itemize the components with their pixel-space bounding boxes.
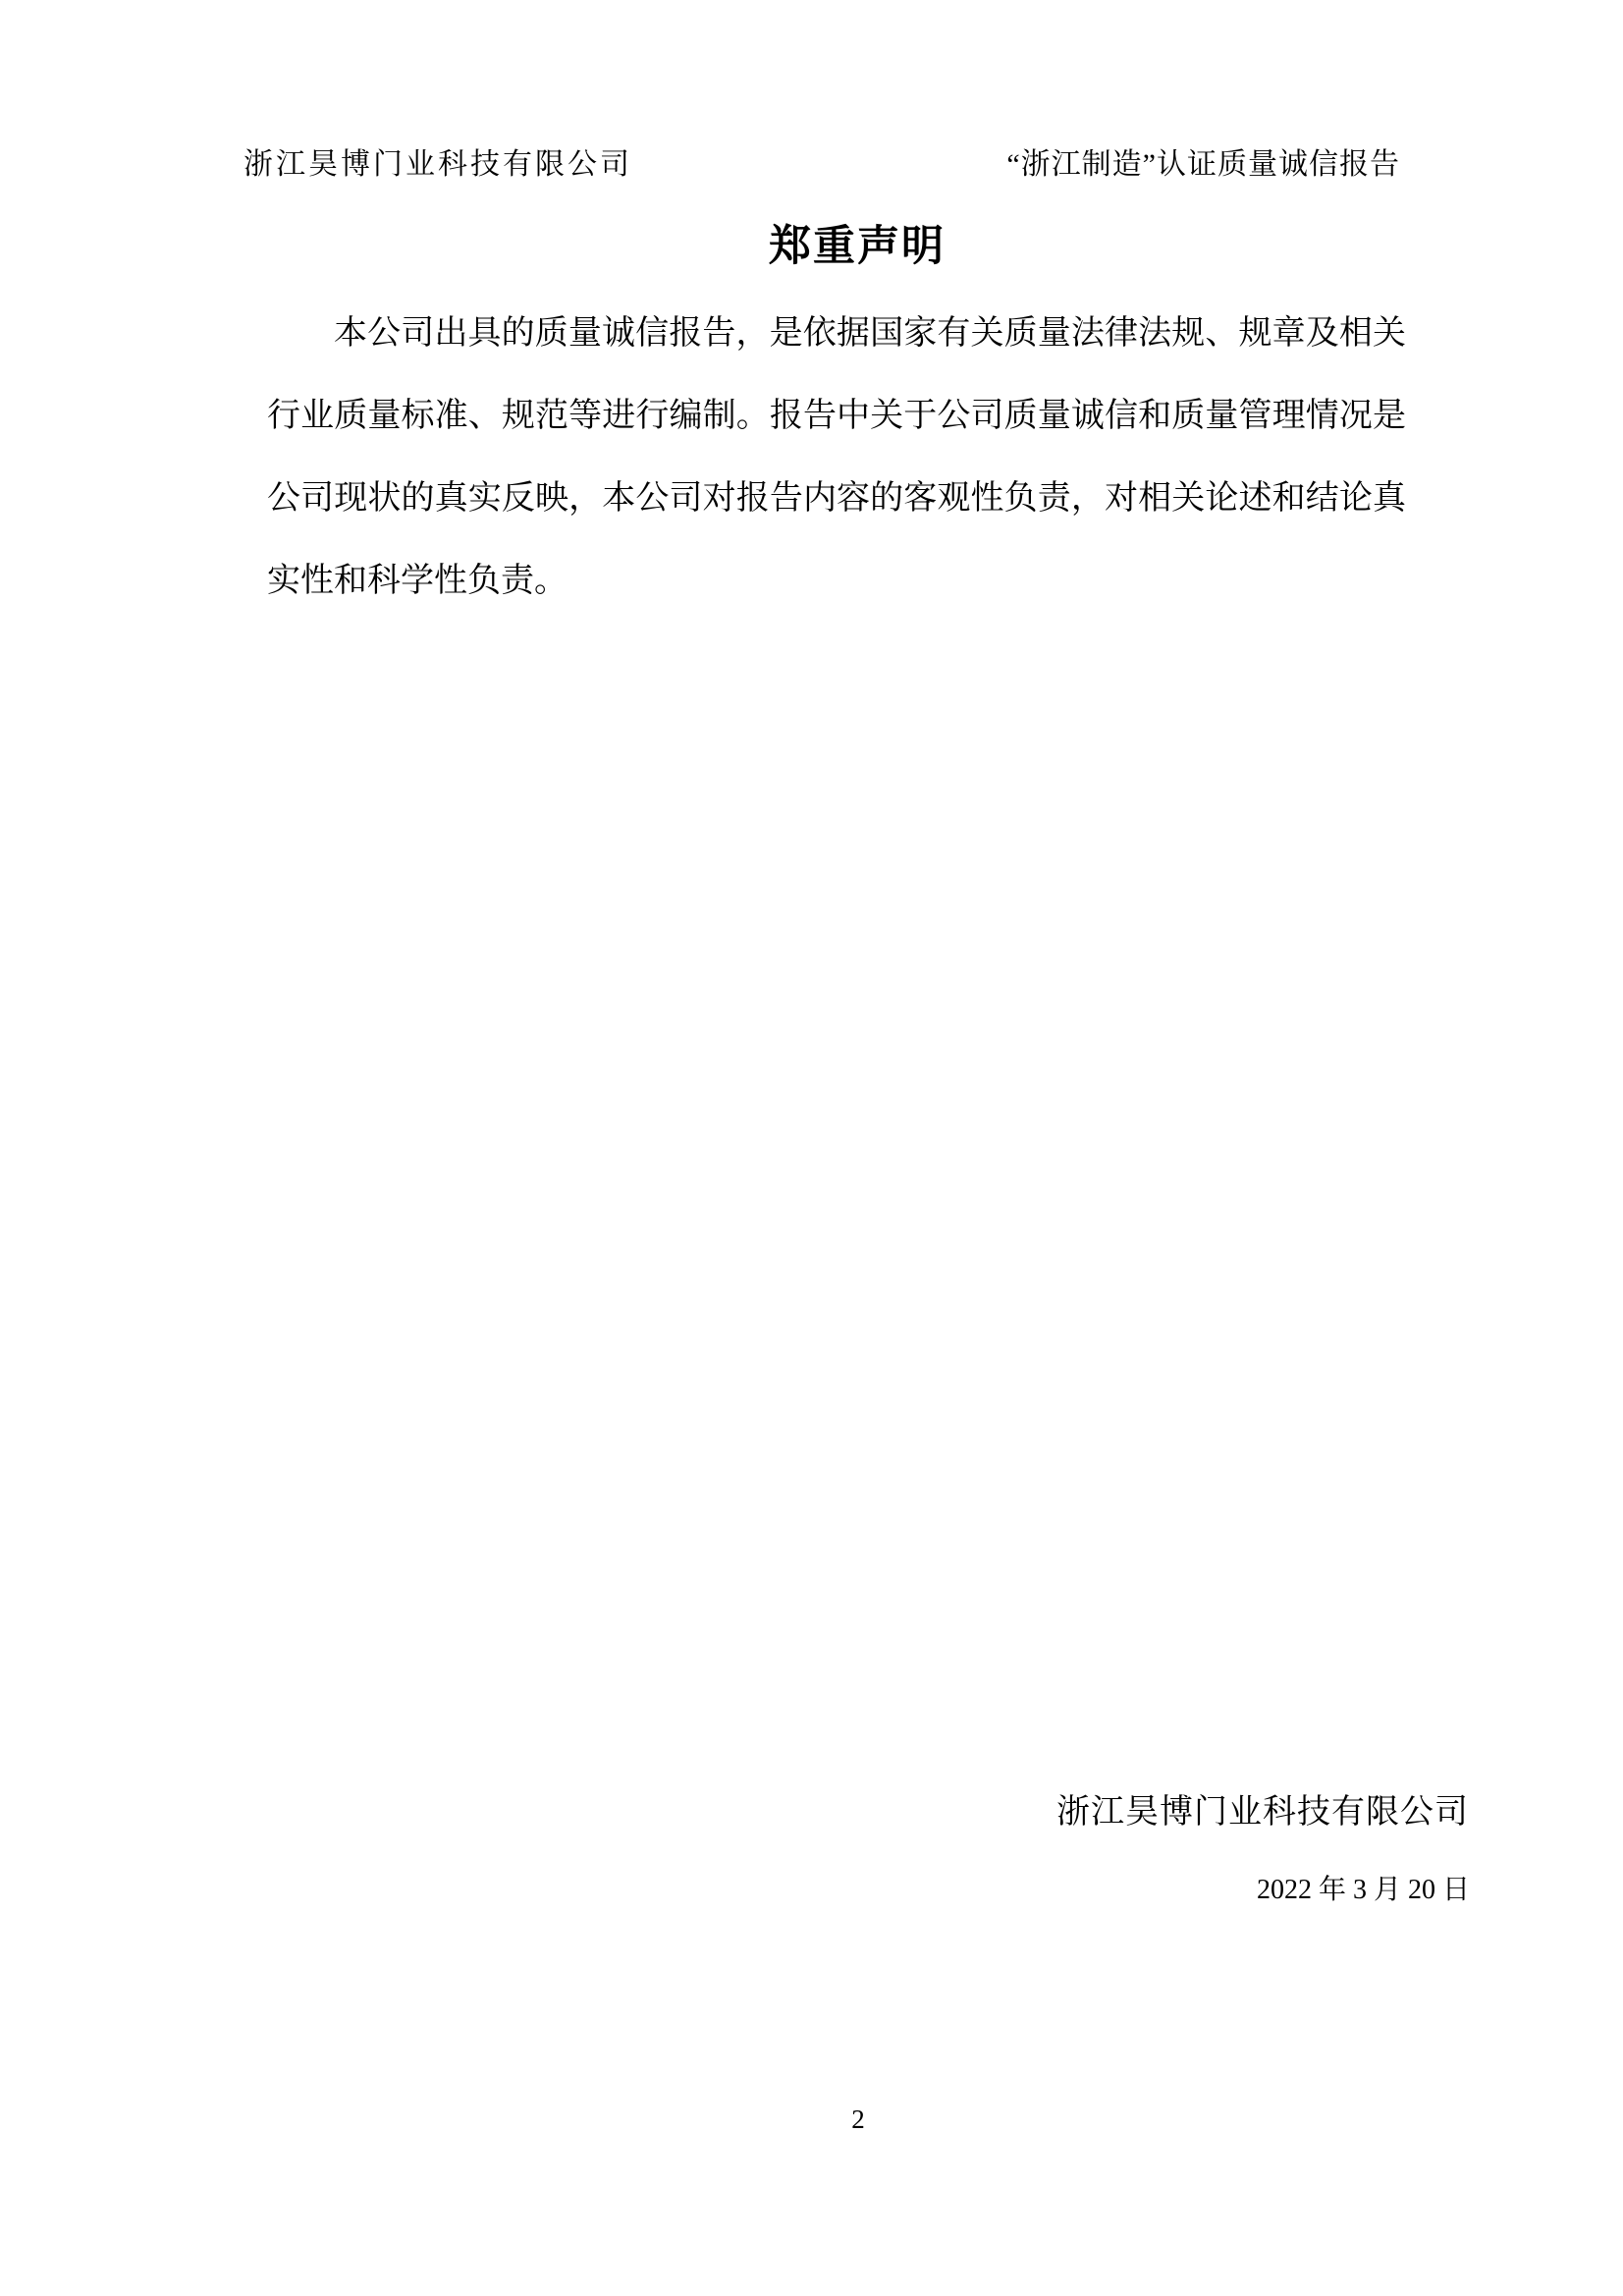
header-company-name: 浙江昊博门业科技有限公司 <box>243 145 632 185</box>
paragraph-line: 本公司出具的质量诚信报告，是依据国家有关质量法律法规、规章及相关 <box>267 293 1406 375</box>
page-header: 浙江昊博门业科技有限公司 “浙江制造”认证质量诚信报告 <box>243 145 1400 185</box>
declaration-paragraph: 本公司出具的质量诚信报告，是依据国家有关质量法律法规、规章及相关 行业质量标准、… <box>267 293 1406 623</box>
signature-company-name: 浙江昊博门业科技有限公司 <box>1056 1793 1469 1833</box>
paragraph-line: 实性和科学性负责。 <box>267 540 1406 623</box>
page-number: 2 <box>851 2104 865 2135</box>
header-report-title: “浙江制造”认证质量诚信报告 <box>1006 145 1400 185</box>
declaration-title: 郑重声明 <box>769 213 946 273</box>
paragraph-line: 公司现状的真实反映，本公司对报告内容的客观性负责，对相关论述和结论真 <box>267 458 1406 540</box>
document-page: 浙江昊博门业科技有限公司 “浙江制造”认证质量诚信报告 郑重声明 本公司出具的质… <box>0 0 1623 2296</box>
paragraph-line: 行业质量标准、规范等进行编制。报告中关于公司质量诚信和质量管理情况是 <box>267 375 1406 458</box>
signature-date: 2022 年 3 月 20 日 <box>1257 1874 1470 1907</box>
